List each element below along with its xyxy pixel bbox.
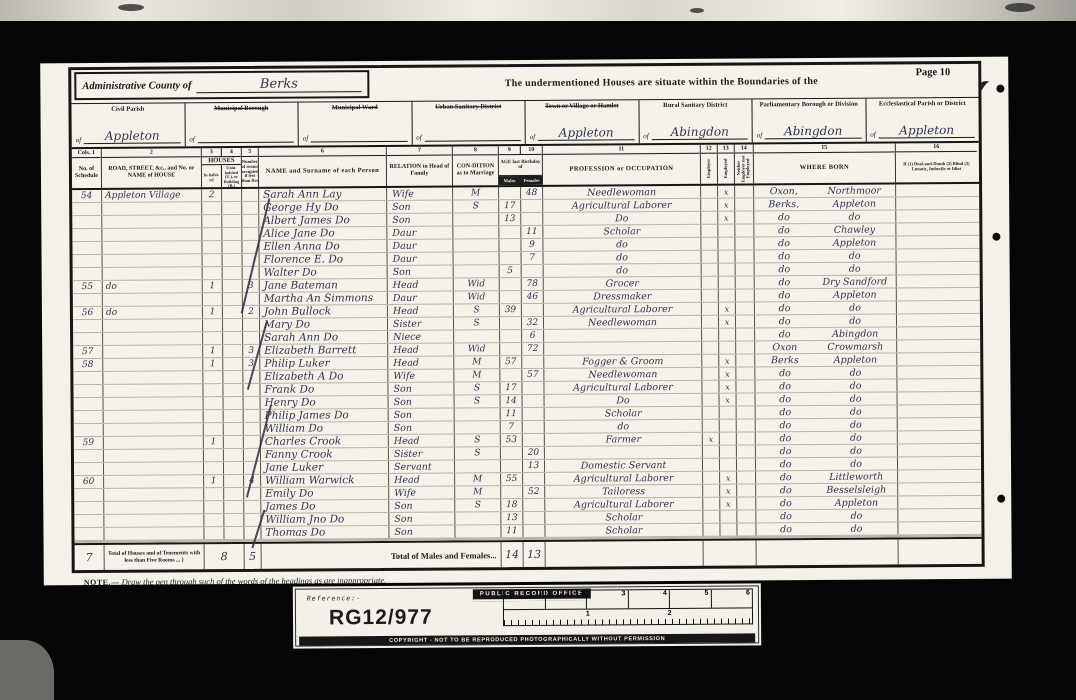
cell-name: Jane Bateman (260, 279, 388, 292)
cell-age-female (522, 382, 544, 394)
col-schedule: Cols. 1 No. of Schedule (72, 149, 102, 188)
cell-name: Emily Do (261, 487, 389, 500)
of-label: of (757, 131, 763, 139)
cell-schedule (72, 203, 102, 215)
cell-road (103, 384, 203, 397)
col-employer: 12 Employer (701, 145, 718, 184)
cell-name: Sarah Ann Do (260, 331, 388, 344)
cell-inhabited (203, 371, 223, 383)
district-town-village: Town or Village or Hamlet of Appleton (525, 100, 639, 144)
cell-schedule (73, 333, 103, 345)
cell-road (102, 215, 202, 228)
cell-road (104, 488, 204, 501)
cell-age-male: 57 (500, 356, 522, 368)
cell-uninhabited (223, 332, 243, 344)
cell-employer (702, 290, 719, 302)
born-place: do (816, 510, 898, 522)
cell-uninhabited (224, 436, 244, 448)
cell-occupation: Dressmaker (544, 290, 702, 303)
born-county: do (754, 237, 813, 248)
col-num: 8 (453, 146, 498, 154)
cell-schedule (74, 424, 104, 436)
cell-age-male (500, 330, 522, 342)
scan-smudge (118, 4, 144, 11)
born-county: do (754, 224, 813, 235)
cell-employed (719, 329, 736, 341)
cell-where-born: doChawley (754, 223, 896, 236)
cell-employed (719, 342, 736, 354)
cell-employer (703, 420, 720, 432)
col-label: If (1) Deaf-and-Dumb (2) Blind (3) Lunat… (896, 152, 977, 183)
cell-road (103, 332, 203, 345)
cell-employer (702, 316, 719, 328)
born-place: do (815, 380, 897, 392)
cell-relation: Head (389, 473, 455, 485)
cell-age-male: 11 (501, 525, 523, 537)
cell-inhabited (202, 228, 222, 240)
cell-inhabited (202, 215, 222, 227)
cell-neither (737, 393, 756, 405)
cell-employer (701, 225, 718, 237)
col-rooms: 5 Number of rooms occupied if less than … (242, 148, 259, 187)
cell-inhabited: 1 (203, 306, 223, 318)
district-value: Abingdon (765, 125, 861, 140)
cell-neither (737, 432, 756, 444)
cell-age-female (523, 408, 545, 420)
cell-employed: x (719, 355, 736, 367)
form-header-row: Administrative County of Berks The under… (71, 64, 978, 103)
form-frame: Administrative County of Berks The under… (68, 61, 985, 573)
cell-age-female: 78 (522, 278, 544, 290)
district-label: Rural Sanitary District (643, 101, 748, 117)
cell-uninhabited (224, 397, 244, 409)
cell-schedule (74, 450, 104, 462)
cell-employed (720, 446, 737, 458)
cell-schedule (73, 320, 103, 332)
cell-name: Henry Do (261, 396, 389, 409)
col-num: 12 (701, 145, 717, 153)
cell-schedule (73, 255, 103, 267)
ruler-number: 4 (663, 590, 667, 597)
col-label: AGE last Birthday of (499, 155, 542, 175)
cell-where-born: dodo (756, 418, 898, 431)
born-place: do (814, 315, 896, 327)
cell-name: Charles Crook (261, 435, 389, 448)
cell-name: William Jno Do (261, 513, 389, 526)
ruler-scale-top: 123456 (503, 588, 753, 610)
cell-employed: x (720, 485, 737, 497)
cell-road: Appleton Village (102, 189, 202, 202)
cell-neither (736, 276, 755, 288)
cell-employer (703, 498, 720, 510)
cell-employed (718, 225, 735, 237)
cell-schedule (74, 502, 104, 514)
born-place: Appleton (814, 289, 896, 301)
cell-uninhabited (223, 345, 243, 357)
cell-schedule (74, 463, 104, 475)
cell-employed: x (718, 212, 735, 224)
cell-occupation: Tailoress (545, 485, 703, 498)
col-label: Employer (707, 159, 712, 178)
cell-age-male: 18 (501, 499, 523, 511)
total-schedules: 7 (75, 545, 105, 570)
cell-uninhabited (224, 488, 244, 500)
cell-condition (455, 460, 501, 472)
totals-blank (546, 541, 704, 567)
cell-rooms: 2 (243, 306, 260, 318)
col-label: NAME and Surname of each Person (259, 156, 386, 187)
district-value: Appleton (879, 124, 975, 139)
cell-name: Thomas Do (261, 526, 389, 539)
cell-where-born: dodo (756, 405, 898, 418)
cell-name: Fanny Crook (261, 448, 389, 461)
cell-schedule (74, 489, 104, 501)
cell-inhabited (203, 293, 223, 305)
cell-relation: Son (389, 396, 455, 408)
cell-rooms (242, 189, 259, 201)
cell-infirmity (896, 223, 977, 236)
cell-employer (703, 485, 720, 497)
cell-name: Alice Jane Do (259, 227, 387, 240)
cell-road (104, 527, 204, 540)
cell-condition: S (455, 447, 501, 459)
cell-uninhabited (224, 462, 244, 474)
cell-neither (735, 224, 754, 236)
col-label: HOUSES (202, 157, 241, 165)
district-value (311, 140, 407, 143)
born-county: do (756, 393, 815, 404)
cell-employed: x (720, 472, 737, 484)
ruler-number: 2 (580, 591, 584, 598)
cell-schedule (74, 398, 104, 410)
ruler-cell: 5 (670, 590, 712, 608)
cell-schedule (73, 294, 103, 306)
cell-employer (701, 186, 718, 198)
col-sublabel-females: Females (521, 176, 542, 185)
scan-artifact (0, 640, 54, 700)
cell-employed (720, 433, 737, 445)
cell-occupation (544, 342, 702, 355)
totals-blank (757, 539, 899, 565)
cell-where-born: dodo (755, 262, 897, 275)
cell-uninhabited (224, 449, 244, 461)
cell-age-female: 11 (521, 226, 543, 238)
cell-inhabited (204, 527, 224, 539)
cell-where-born: dodo (755, 301, 897, 314)
cell-relation: Son (387, 201, 453, 213)
col-num: 15 (754, 143, 895, 152)
born-place: Besselsleigh (815, 484, 897, 496)
cell-rooms (242, 215, 259, 227)
cell-inhabited: 1 (203, 280, 223, 292)
cell-rooms (243, 254, 260, 266)
col-num: 2 (102, 148, 201, 157)
cell-rooms (244, 501, 261, 513)
district-municipal-ward: Municipal Ward of (298, 102, 412, 146)
cell-occupation: Scholar (545, 524, 703, 537)
cell-name: Elizabeth A Do (260, 370, 388, 383)
cell-employer (702, 368, 719, 380)
born-county: Oxon (755, 341, 814, 352)
cell-inhabited (204, 501, 224, 513)
cell-where-born: doAbingdon (755, 327, 897, 340)
cell-where-born: dodo (755, 249, 897, 262)
cell-neither (736, 341, 755, 353)
cell-infirmity (898, 418, 979, 431)
totals-blank (704, 540, 757, 565)
cell-neither (737, 419, 756, 431)
cell-where-born: OxonCrowmarsh (755, 340, 897, 353)
cell-condition (453, 239, 499, 251)
cell-condition (454, 265, 500, 277)
cell-schedule (74, 528, 104, 540)
cell-road (104, 397, 204, 410)
cell-neither (736, 328, 755, 340)
cell-name (262, 540, 390, 541)
cell-condition: S (453, 200, 499, 212)
of-label: of (416, 134, 422, 142)
cell-age-female: 7 (522, 252, 544, 264)
cell-infirmity (898, 431, 979, 444)
cell-name: John Bullock (260, 305, 388, 318)
col-num: 3 (202, 148, 222, 156)
born-place: Appleton (815, 497, 897, 509)
cell-employer (703, 446, 720, 458)
cell-infirmity (898, 470, 979, 483)
cell-relation: Son (389, 512, 455, 524)
cell-infirmity (897, 249, 978, 262)
cell-condition (453, 226, 499, 238)
cell-employed (720, 511, 737, 523)
cell-neither (736, 289, 755, 301)
totals-blank (899, 539, 980, 565)
cell-road (103, 371, 203, 384)
born-place: do (815, 406, 897, 418)
cell-schedule (73, 372, 103, 384)
born-county: do (755, 380, 814, 391)
born-place: Dry Sandford (814, 276, 896, 288)
cell-condition: S (455, 395, 501, 407)
cell-condition: Wid (454, 343, 500, 355)
cell-occupation: do (545, 420, 703, 433)
born-county: do (754, 211, 813, 222)
cell-infirmity (897, 327, 978, 340)
cell-uninhabited (223, 319, 243, 331)
cell-rooms (243, 319, 260, 331)
cell-occupation: Needlewoman (543, 186, 701, 199)
cell-relation: Son (388, 266, 454, 278)
cell-age-male (500, 278, 522, 290)
born-place: do (815, 393, 897, 405)
cell-age-male: 14 (501, 395, 523, 407)
cell-road (102, 241, 202, 254)
col-num: 10 (521, 146, 542, 154)
cell-uninhabited (222, 202, 242, 214)
cell-occupation: Agricultural Laborer (545, 472, 703, 485)
cell-condition: M (454, 369, 500, 381)
col-sublabel-males: Males (499, 176, 521, 185)
cell-employer (702, 277, 719, 289)
cell-inhabited: 1 (203, 358, 223, 370)
cell-schedule (73, 268, 103, 280)
cell-employed (719, 290, 736, 302)
cell-condition: S (454, 304, 500, 316)
born-county: do (755, 289, 814, 300)
district-label: Civil Parish (75, 105, 180, 121)
cell-age-female (521, 213, 543, 225)
cell-where-born: Oxon,Northmoor (754, 184, 896, 197)
cell-age-female (523, 434, 545, 446)
cell-infirmity (897, 353, 978, 366)
total-males: 14 (502, 542, 524, 567)
cell-where-born: doAppleton (754, 236, 896, 249)
cell-schedule: 56 (73, 307, 103, 319)
cell-relation: Son (389, 499, 455, 511)
born-county: Berks (755, 354, 814, 365)
cell-age-female: 6 (522, 330, 544, 342)
cell-condition: S (454, 382, 500, 394)
cell-age-male (501, 447, 523, 459)
ruler-number: 3 (621, 590, 625, 597)
cell-age-female: 72 (522, 343, 544, 355)
cell-age-male: 17 (499, 200, 521, 212)
born-county: do (755, 367, 814, 378)
cell-neither (737, 523, 756, 535)
reference-label: Reference:- (307, 594, 361, 602)
cell-where-born: dodo (755, 314, 897, 327)
born-county: do (756, 484, 815, 495)
cell-where-born: doBesselsleigh (756, 483, 898, 496)
cell-where-born: dodo (755, 379, 897, 392)
total-females: 13 (524, 542, 546, 567)
col-neither: 14 Neither Employer nor Employed (735, 144, 754, 183)
cell-neither (737, 445, 756, 457)
total-males-females-label: Total of Males and Females... (262, 542, 502, 569)
cell-occupation: Farmer (545, 433, 703, 446)
cell-occupation: Scholar (545, 511, 703, 524)
cell-name: Florence E. Do (260, 253, 388, 266)
born-place: do (815, 445, 897, 457)
district-value: Appleton (538, 126, 634, 141)
ruler-cell: 1 (504, 591, 546, 609)
born-county: do (755, 302, 814, 313)
cell-schedule (72, 216, 102, 228)
cell-condition: Wid (454, 278, 500, 290)
cell-inhabited (202, 241, 222, 253)
cell-occupation: Agricultural Laborer (543, 199, 701, 212)
cell-neither (735, 198, 754, 210)
cell-employer (703, 472, 720, 484)
col-label: ROAD, STREET, &c., and No. or NAME of HO… (102, 157, 201, 188)
district-parliamentary: Parliamentary Borough or Division of Abi… (752, 99, 866, 143)
cell-neither (737, 406, 756, 418)
cell-employed (720, 524, 737, 536)
cell-relation: Sister (389, 447, 455, 459)
cell-relation: Daur (387, 240, 453, 252)
cell-occupation: Do (543, 212, 701, 225)
cell-name: James Do (261, 500, 389, 513)
cell-age-male (500, 252, 522, 264)
cell-employed (718, 238, 735, 250)
cell-where-born: doDry Sandford (755, 275, 897, 288)
born-place: Littleworth (815, 471, 897, 483)
cell-road (103, 345, 203, 358)
cell-occupation: Fogger & Groom (544, 355, 702, 368)
cell-occupation (546, 538, 704, 539)
cell-neither (735, 185, 754, 197)
cell-inhabited: 1 (204, 475, 224, 487)
cell-road (103, 358, 203, 371)
measurement-ruler: 123456 12 (503, 588, 753, 628)
cell-age-male (499, 187, 521, 199)
cell-schedule (72, 242, 102, 254)
footer-note: NOTE.— Draw the pen through such of the … (84, 575, 386, 587)
col-relation: 7 RELATION to Head of Family (387, 147, 453, 186)
cell-occupation: Scholar (543, 225, 701, 238)
ruler-number: 1 (586, 611, 590, 618)
cell-employer (702, 251, 719, 263)
cell-age-male (499, 239, 521, 251)
born-place: do (815, 367, 897, 379)
district-label: Urban Sanitary District (416, 103, 521, 119)
cell-infirmity (898, 392, 979, 405)
cell-road (104, 410, 204, 423)
of-label: of (643, 132, 649, 140)
col-num: 9 (499, 146, 521, 154)
born-county: do (756, 432, 815, 443)
cell-employed: x (720, 498, 737, 510)
cell-inhabited (203, 254, 223, 266)
cell-age-female: 52 (523, 486, 545, 498)
cell-road (104, 501, 204, 514)
cell-inhabited: 1 (203, 345, 223, 357)
cell-rooms (242, 228, 259, 240)
cell-age-female: 57 (522, 369, 544, 381)
cell-condition: M (454, 356, 500, 368)
col-born: 15 WHERE BORN (754, 143, 896, 183)
col-label: WHERE BORN (754, 152, 895, 183)
cell-employed: x (719, 368, 736, 380)
col-label: CON-DITION as to Marriage (453, 155, 498, 185)
cell-infirmity (897, 340, 978, 353)
cell-road (104, 475, 204, 488)
cell-inhabited (204, 488, 224, 500)
cell-employer (702, 303, 719, 315)
cell-occupation: Do (545, 394, 703, 407)
cell-schedule (74, 411, 104, 423)
cell-age-female: 46 (522, 291, 544, 303)
cell-occupation: Needlewoman (544, 368, 702, 381)
col-label: Employed (724, 159, 729, 179)
cell-employed (719, 277, 736, 289)
cell-uninhabited (223, 254, 243, 266)
cell-infirmity (898, 444, 979, 457)
cell-name: Jane Luker (261, 461, 389, 474)
cell-name: Ellen Anna Do (259, 240, 387, 253)
cell-employer (702, 381, 719, 393)
cell-inhabited: 1 (204, 436, 224, 448)
cell-occupation: Agricultural Laborer (545, 498, 703, 511)
cell-rooms (243, 332, 260, 344)
born-county: do (755, 315, 814, 326)
cell-neither (737, 510, 756, 522)
col-num: 16 (896, 143, 977, 152)
cell-infirmity (898, 483, 979, 496)
cell-neither (737, 497, 756, 509)
cell-neither (735, 237, 754, 249)
cell-name: Albert James Do (259, 214, 387, 227)
cell-name: Mary Do (260, 318, 388, 331)
